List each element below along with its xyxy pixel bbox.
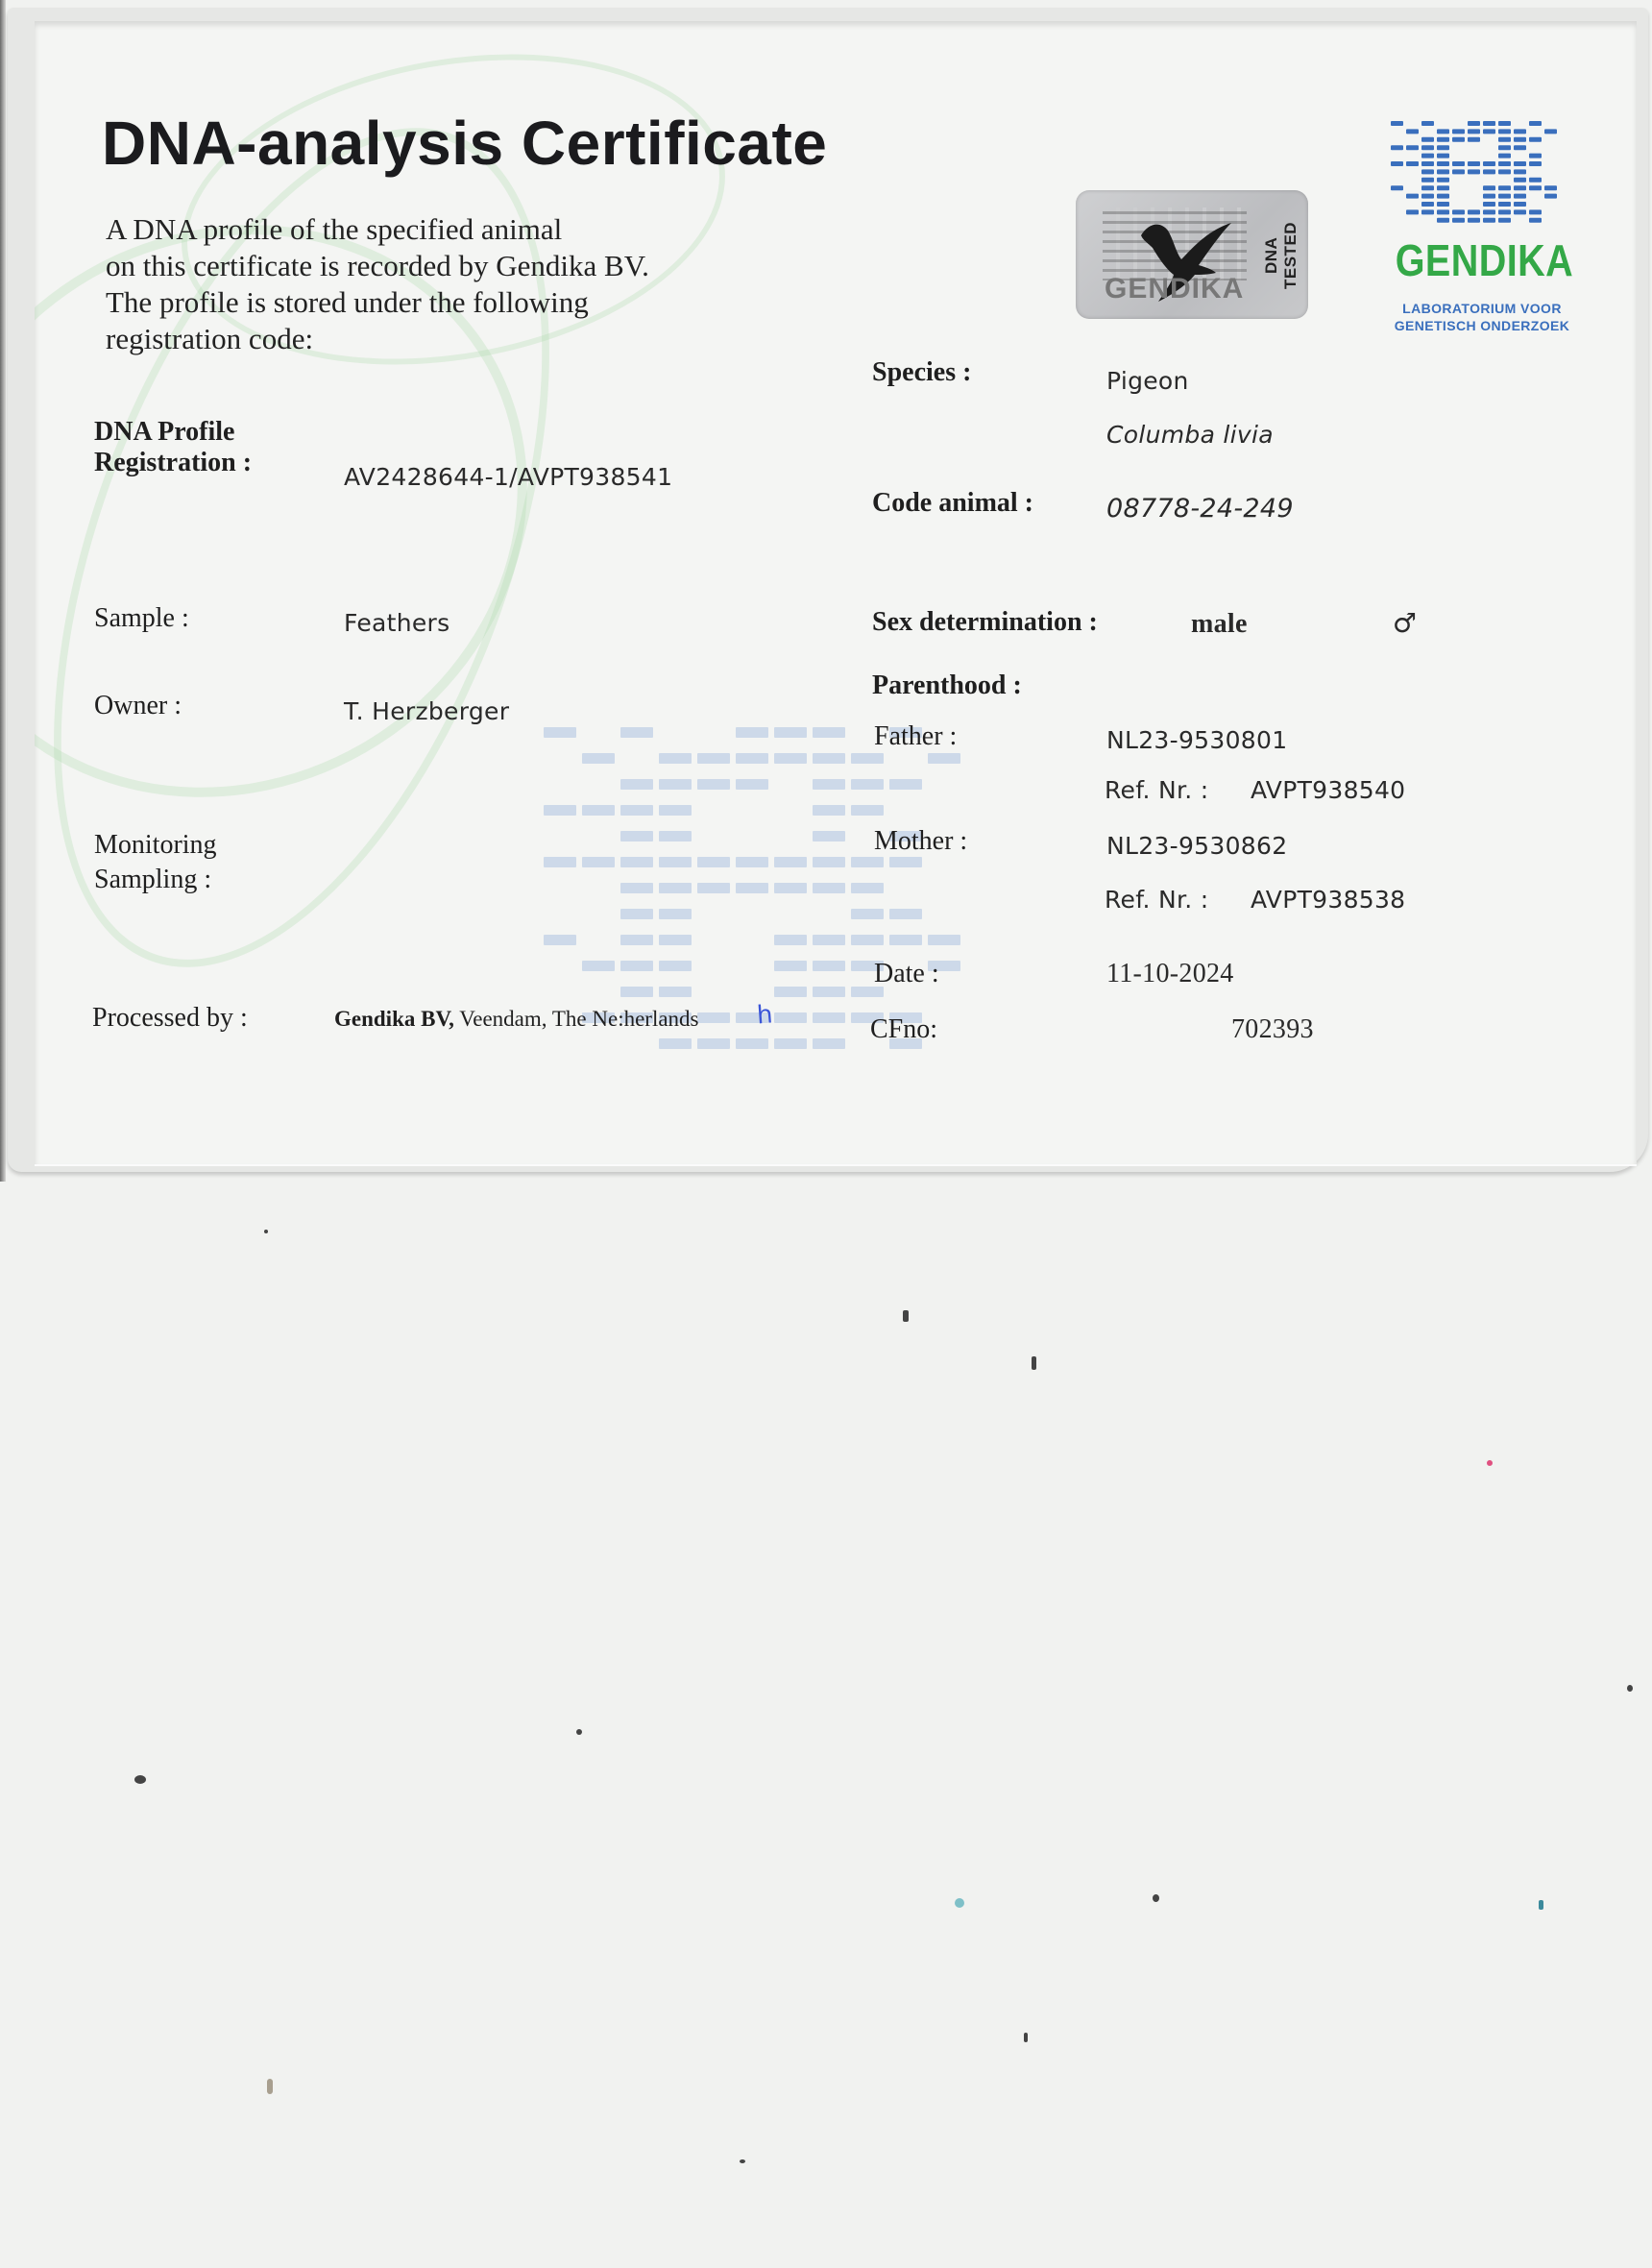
intro-line: The profile is stored under the followin… <box>106 285 589 319</box>
father-ring: NL23-9530801 <box>1106 726 1287 754</box>
badge-caption: DNA TESTED <box>1262 204 1300 307</box>
certificate-title: DNA-analysis Certificate <box>102 108 827 179</box>
certificate-card: DNA-analysis Certificate A DNA profile o… <box>35 21 1637 1166</box>
registration-label-line: DNA Profile <box>94 417 234 447</box>
speck <box>264 1230 268 1233</box>
male-symbol-icon: ♂ <box>1393 607 1417 639</box>
code-animal-label: Code animal : <box>872 488 1033 519</box>
sample-value: Feathers <box>344 609 449 637</box>
speck <box>955 1898 964 1908</box>
cfno-value: 702393 <box>1231 1014 1314 1045</box>
processed-by-location: Veendam, The Ne:herlands <box>459 1007 698 1031</box>
registration-label-line: Registration : <box>94 448 252 477</box>
monitoring-sampling-label: Monitoring Sampling : <box>94 828 217 897</box>
date-label: Date : <box>874 959 939 989</box>
owner-label: Owner : <box>94 691 182 721</box>
gendika-logo: GENDIKA LABORATORIUM VOOR GENETISCH ONDE… <box>1381 121 1583 342</box>
scan-edge <box>0 0 6 1182</box>
laminated-certificate: DNA-analysis Certificate A DNA profile o… <box>8 8 1648 1172</box>
processed-by-value: Gendika BV, Veendam, The Ne:herlands <box>334 1007 699 1032</box>
speck <box>576 1729 582 1735</box>
monitoring-label-line: Sampling : <box>94 865 211 894</box>
father-label: Father : <box>874 721 957 752</box>
logo-tagline-line: GENETISCH ONDERZOEK <box>1395 318 1570 333</box>
mother-ring: NL23-9530862 <box>1106 832 1287 860</box>
intro-line: A DNA profile of the specified animal <box>106 212 562 246</box>
owner-value: T. Herzberger <box>344 697 509 725</box>
species-latin-name: Columba livia <box>1106 421 1274 449</box>
badge-brand: GENDIKA <box>1105 273 1244 305</box>
mother-ref-label: Ref. Nr. : <box>1105 886 1209 914</box>
monitoring-label-line: Monitoring <box>94 830 217 860</box>
registration-value: AV2428644-1/AVPT938541 <box>344 463 672 491</box>
logo-tagline: LABORATORIUM VOOR GENETISCH ONDERZOEK <box>1381 300 1583 334</box>
intro-line: on this certificate is recorded by Gendi… <box>106 249 649 282</box>
speck <box>134 1775 146 1784</box>
speck <box>1627 1685 1633 1692</box>
date-value: 11-10-2024 <box>1106 959 1234 989</box>
speck <box>740 2159 745 2163</box>
processed-by-label: Processed by : <box>92 1003 248 1034</box>
sex-value: male <box>1191 609 1248 640</box>
speck <box>267 2079 273 2094</box>
speck <box>1539 1900 1543 1910</box>
father-ref-value: AVPT938540 <box>1251 776 1405 804</box>
logo-name: GENDIKA <box>1396 234 1569 286</box>
handwritten-mark: h <box>756 1000 774 1030</box>
code-animal-value: 08778-24-249 <box>1106 494 1294 524</box>
speck <box>1024 2033 1028 2042</box>
species-label: Species : <box>872 357 971 388</box>
speck <box>903 1310 909 1322</box>
certificate-intro: A DNA profile of the specified animal on… <box>106 211 778 357</box>
parenthood-label: Parenthood : <box>872 671 1022 701</box>
speck <box>1153 1894 1159 1902</box>
registration-label: DNA Profile Registration : <box>94 417 252 478</box>
father-ref-label: Ref. Nr. : <box>1105 776 1209 804</box>
sample-label: Sample : <box>94 603 189 634</box>
dna-tested-badge: GENDIKA DNA TESTED <box>1076 190 1308 319</box>
logo-tagline-line: LABORATORIUM VOOR <box>1402 301 1562 316</box>
species-common-name: Pigeon <box>1106 367 1189 395</box>
speck <box>1032 1356 1036 1370</box>
sex-determination-label: Sex determination : <box>872 607 1098 638</box>
processed-by-company: Gendika BV, <box>334 1007 454 1031</box>
gendika-g-mark-icon <box>1391 121 1564 227</box>
mother-label: Mother : <box>874 826 967 857</box>
cfno-label: CFno: <box>870 1014 937 1045</box>
speck <box>1487 1460 1493 1466</box>
intro-line: registration code: <box>106 322 313 355</box>
mother-ref-value: AVPT938538 <box>1251 886 1405 914</box>
